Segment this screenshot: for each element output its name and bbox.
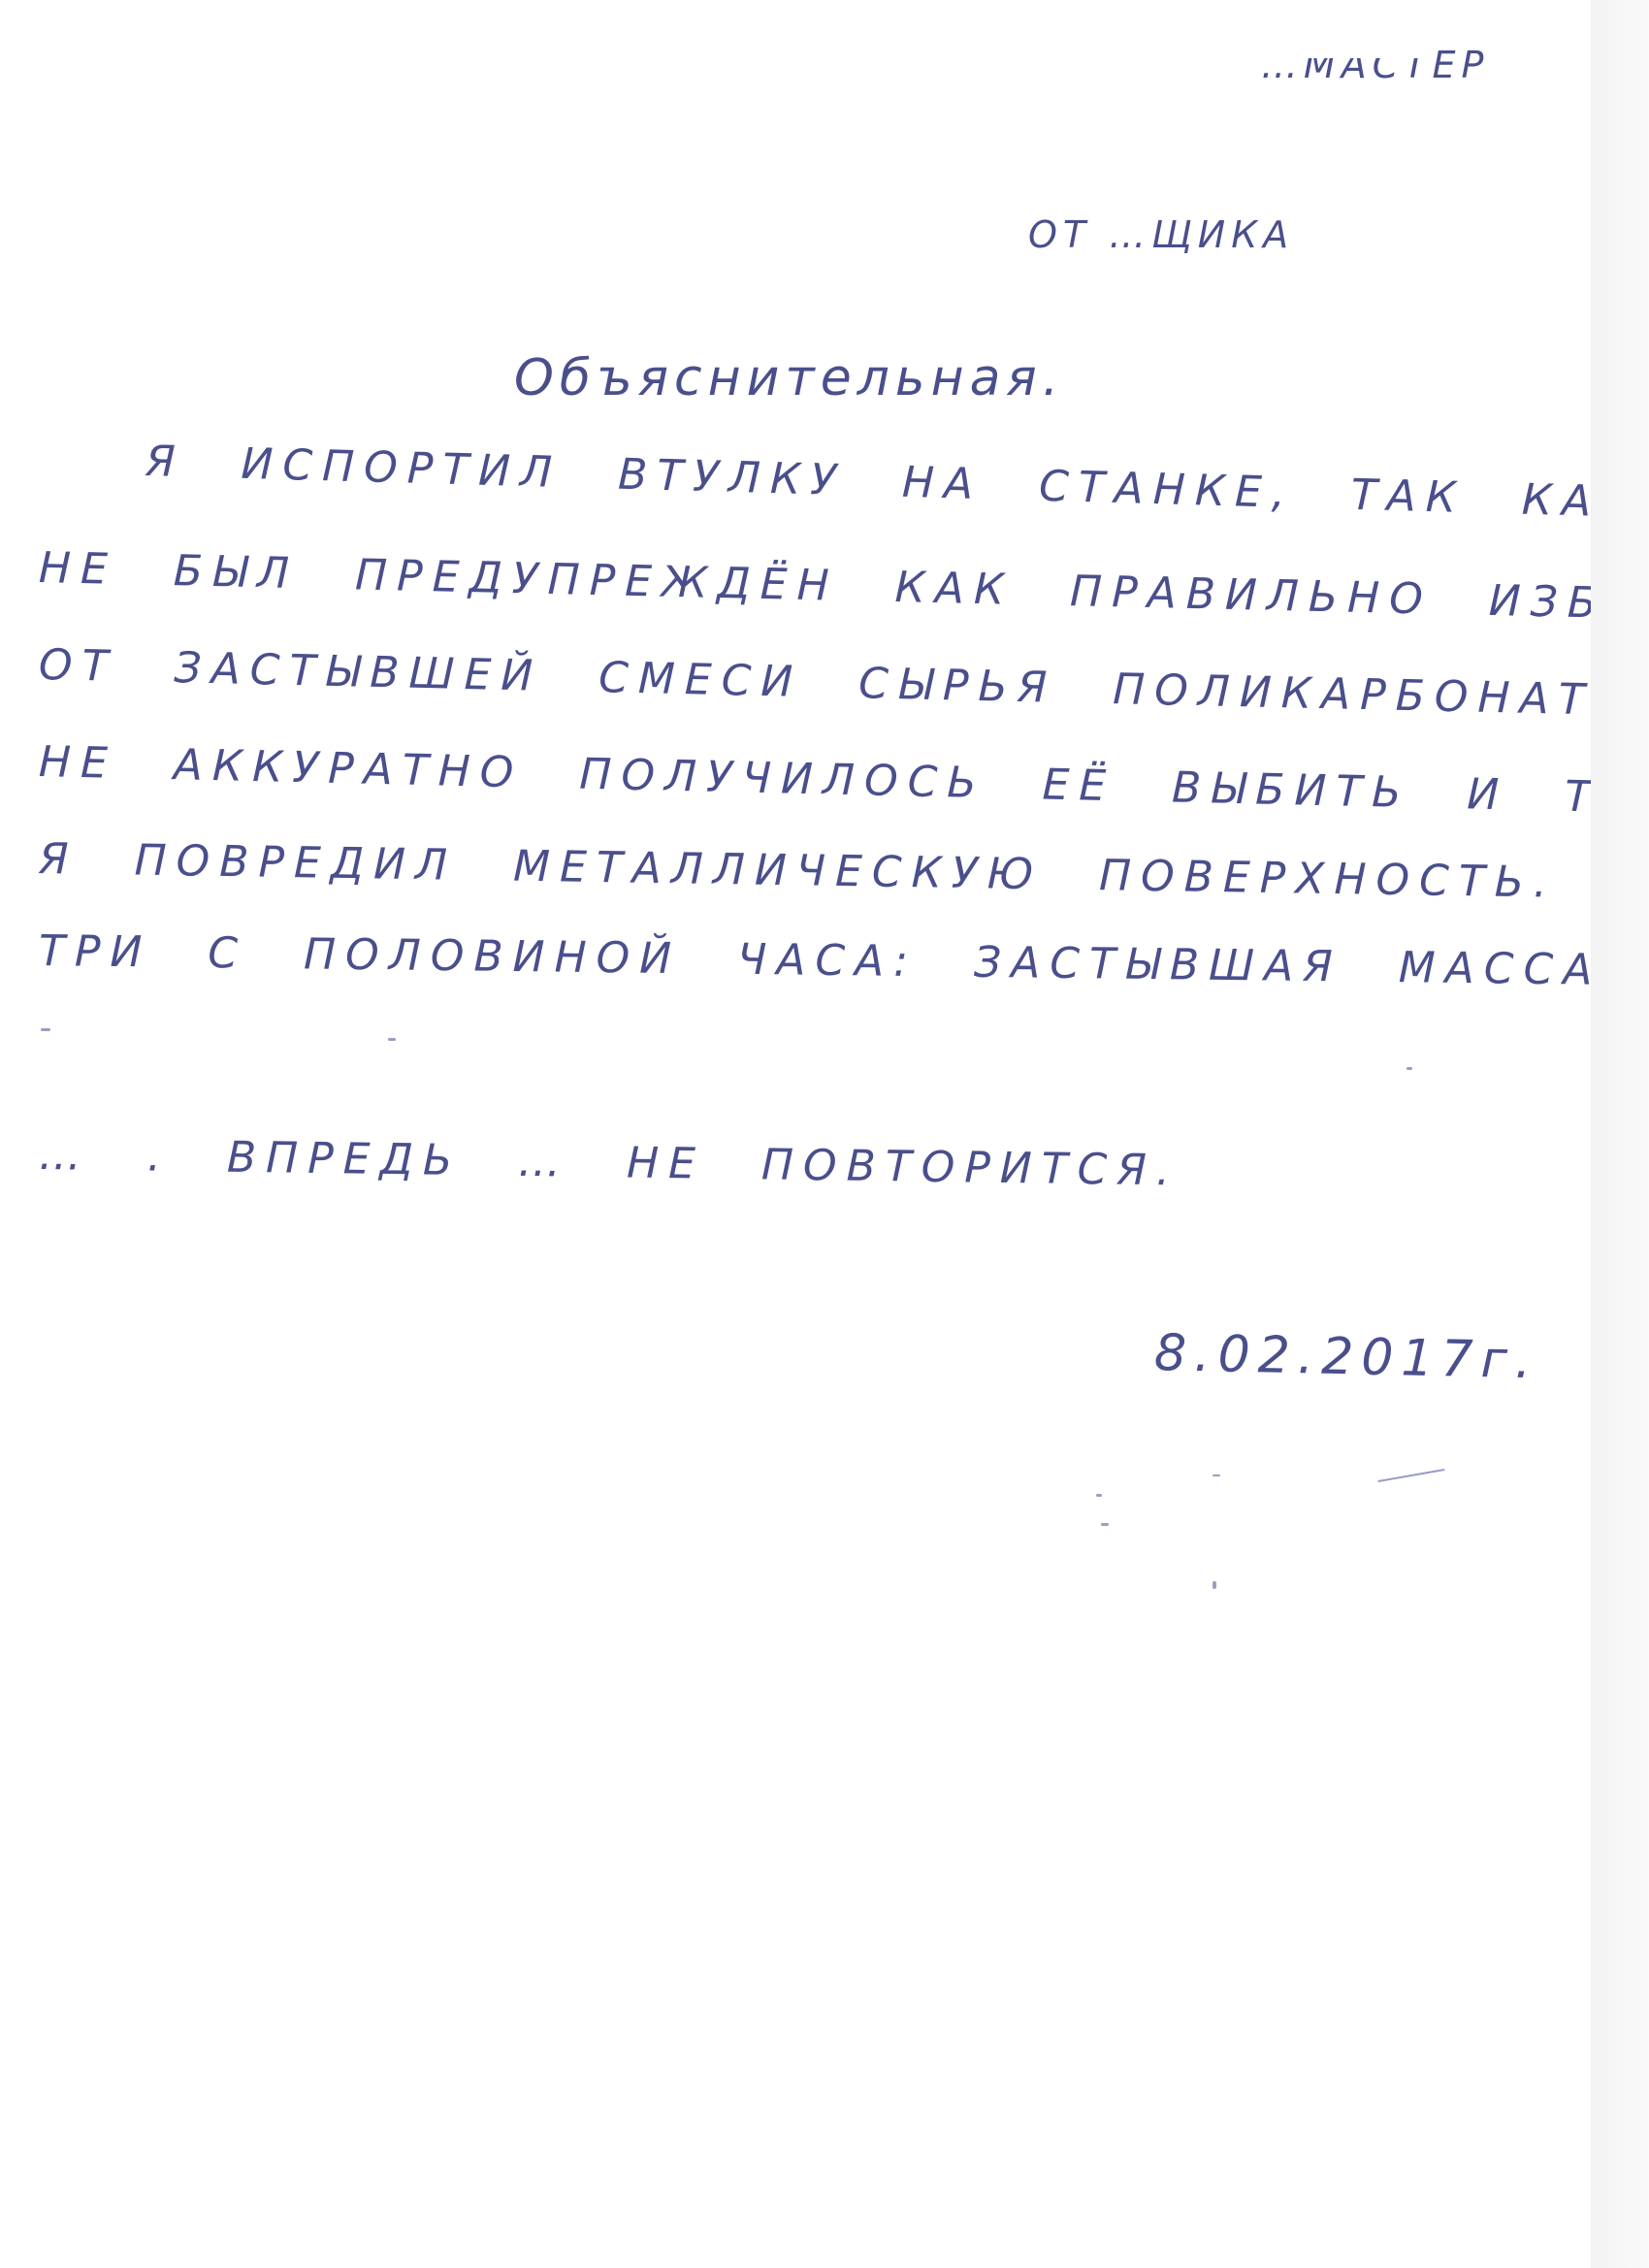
- body-line-2: не был предупреждён как правильно избави…: [38, 543, 1649, 634]
- body-line-6: три с половиной часа: застывшая масса не…: [39, 926, 1649, 1003]
- redaction-block: [1028, 19, 1436, 58]
- signature-mark: [1101, 1523, 1109, 1526]
- from-line: от …щика: [1028, 213, 1294, 256]
- ink-speck: [388, 1038, 396, 1041]
- signature-mark: [1212, 1581, 1216, 1589]
- body-line-3: от застывшей смеси сырья поликарбоната. …: [38, 640, 1649, 733]
- signature-mark: [1212, 1474, 1220, 1476]
- document-date: 8.02.2017г.: [1153, 1324, 1539, 1390]
- document-page: …мастер от …щика Объяснительная. Я испор…: [0, 0, 1591, 2268]
- signature-stroke: [1377, 1469, 1444, 1482]
- body-line-1: Я испортил втулку на станке, так как: [145, 437, 1641, 528]
- ink-speck: [1406, 1067, 1412, 1070]
- ink-speck: [41, 1028, 50, 1031]
- signature-mark: [1096, 1494, 1102, 1497]
- body-line-4: не аккуратно получилось её выбить и тем …: [38, 737, 1649, 830]
- body-line-5: я повредил металлическую поверхность. Эт…: [39, 834, 1649, 916]
- body-line-8: … . Впредь … не повторится.: [39, 1130, 1180, 1195]
- scan-edge: [1591, 0, 1649, 2268]
- document-title: Объяснительная.: [514, 349, 1064, 407]
